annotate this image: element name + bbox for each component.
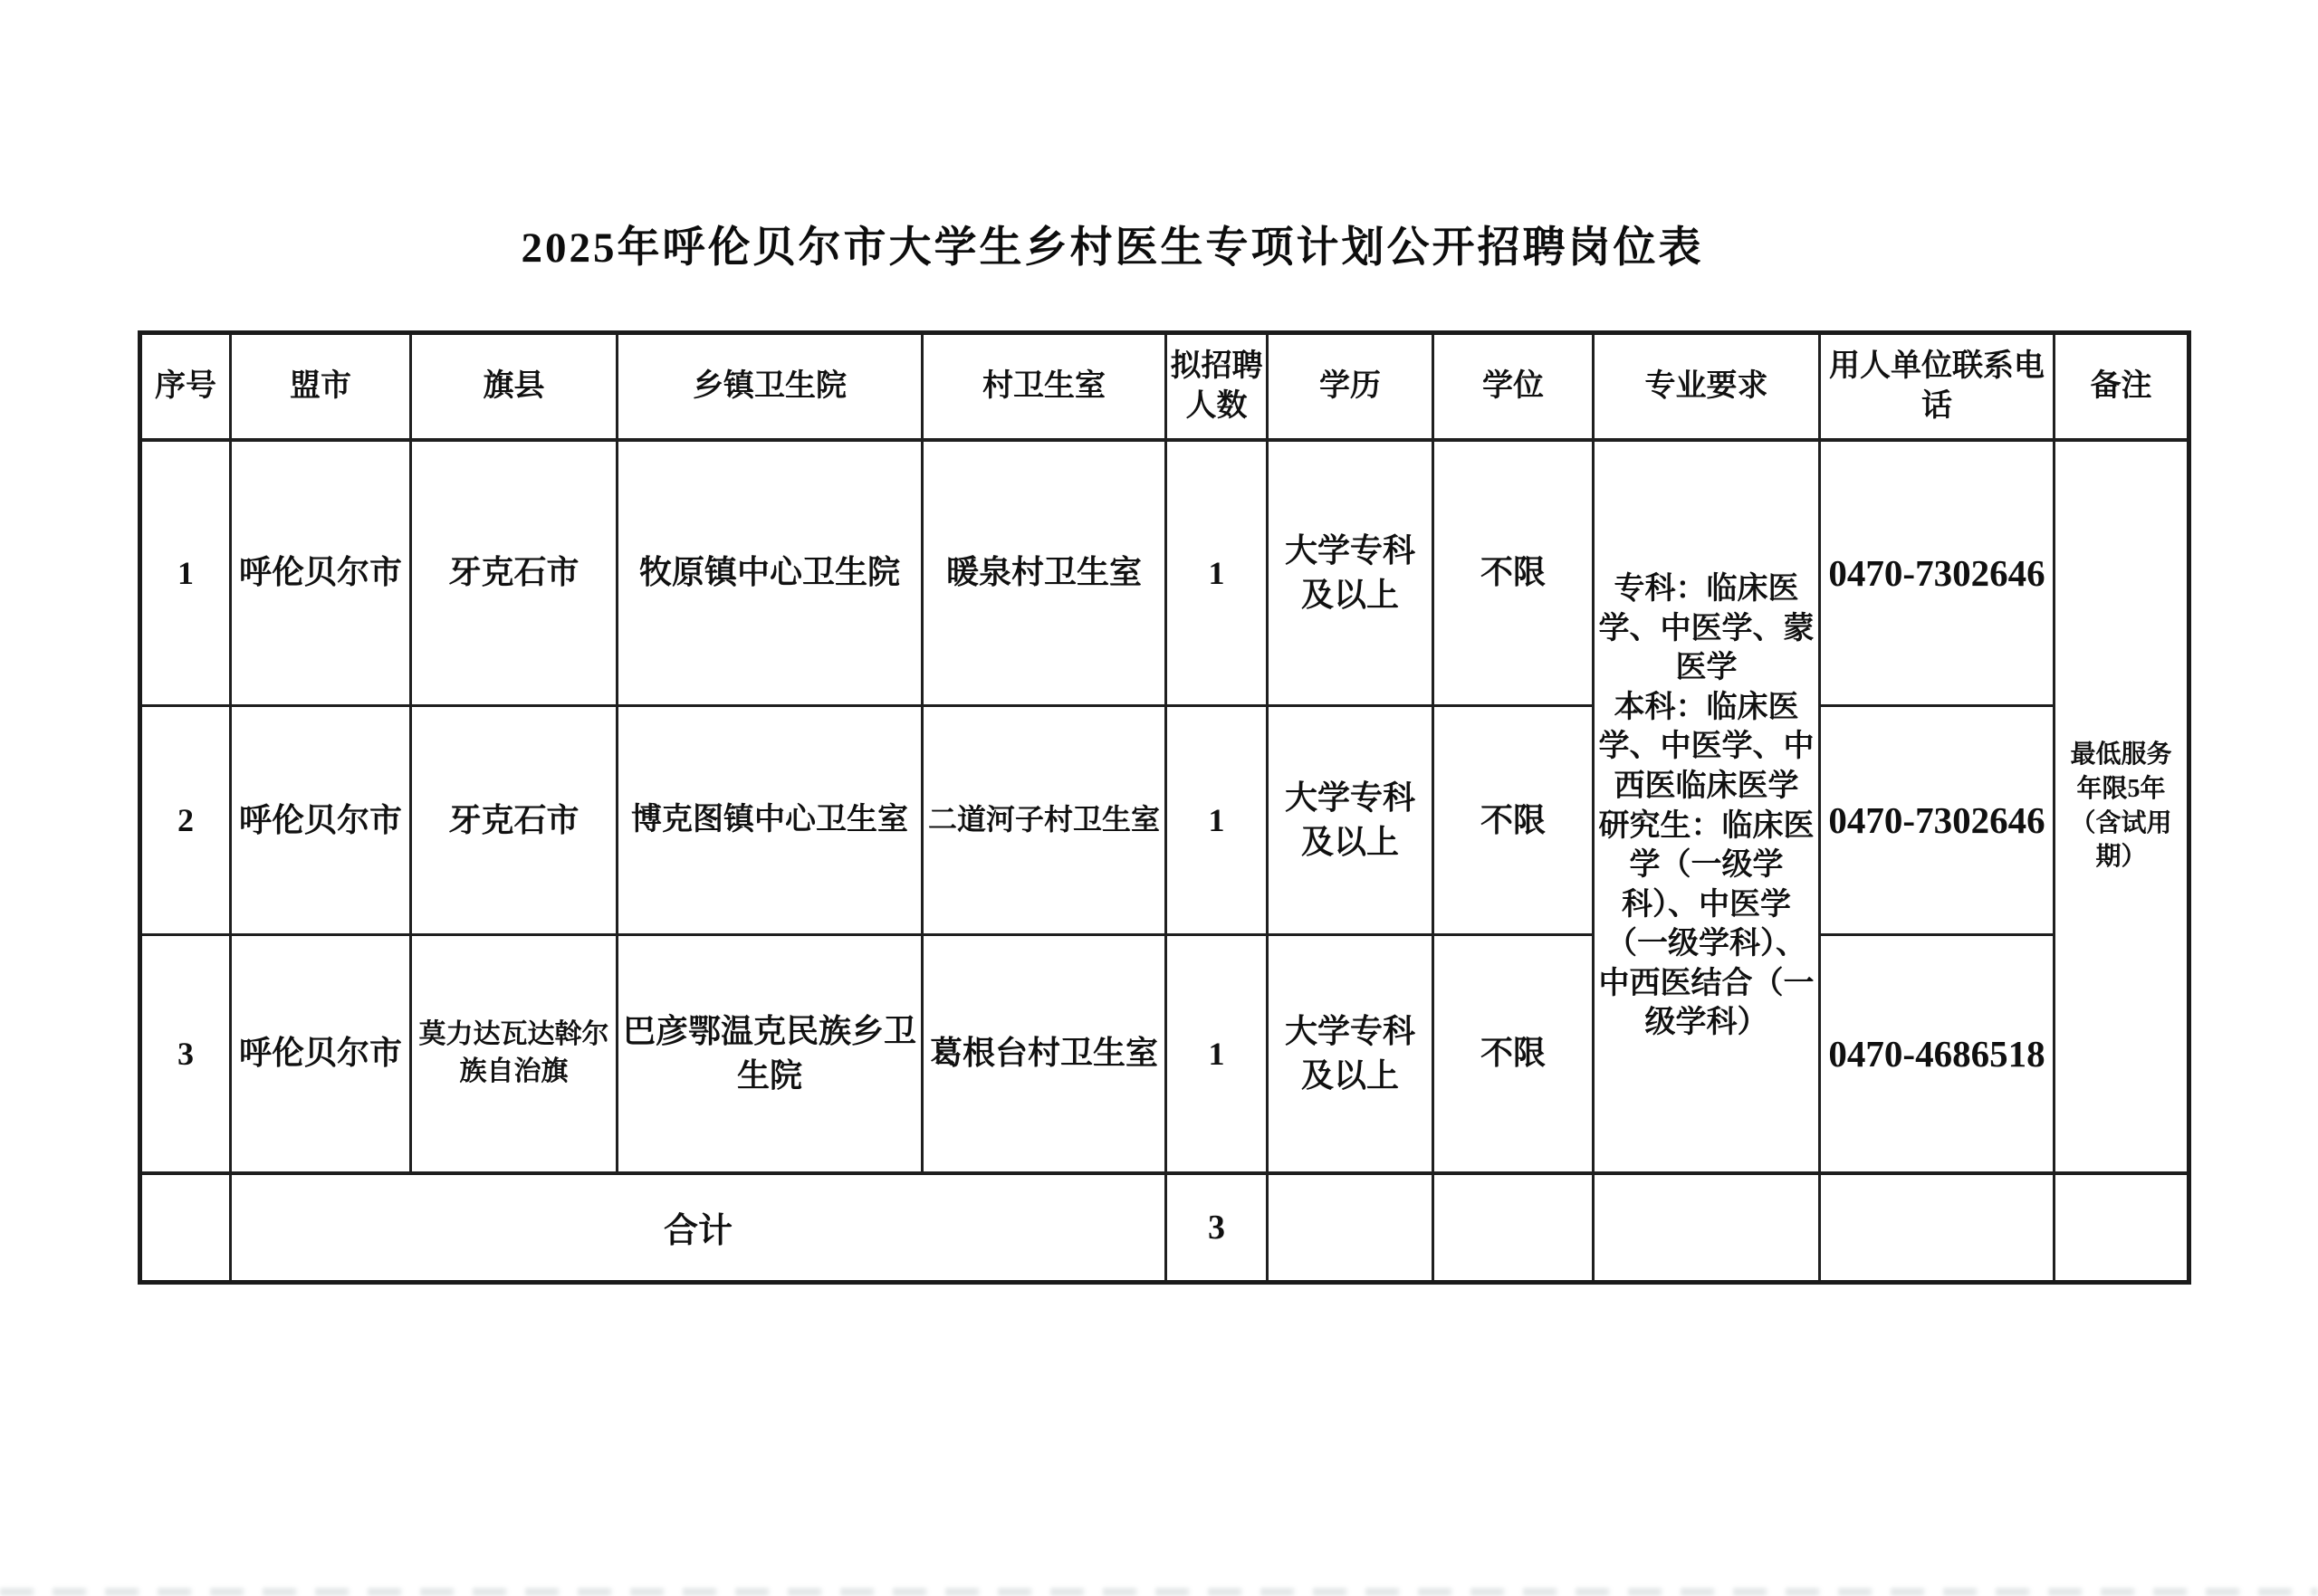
row1-village-clinic: 暖泉村卫生室	[923, 440, 1166, 706]
row2-township-center: 博克图镇中心卫生室	[618, 706, 923, 935]
recruitment-positions-table: 序号 盟市 旗县 乡镇卫生院 村卫生室 拟招聘人数 学历 学位 专业要求 用人单…	[138, 330, 2191, 1285]
row2-phone: 0470-7302646	[1820, 706, 2055, 935]
row3-headcount: 1	[1166, 935, 1268, 1173]
row3-phone: 0470-4686518	[1820, 935, 2055, 1173]
row2-degree: 不限	[1433, 706, 1594, 935]
row1-township-center: 牧原镇中心卫生院	[618, 440, 923, 706]
header-row: 序号 盟市 旗县 乡镇卫生院 村卫生室 拟招聘人数 学历 学位 专业要求 用人单…	[140, 333, 2189, 440]
header-degree: 学位	[1433, 333, 1594, 440]
row1-county: 牙克石市	[411, 440, 618, 706]
row3-seq: 3	[140, 935, 231, 1173]
row3-township-center: 巴彦鄂温克民族乡卫生院	[618, 935, 923, 1173]
total-remarks-empty	[2055, 1173, 2189, 1283]
total-headcount-cell: 3	[1166, 1173, 1268, 1283]
header-phone: 用人单位联系电话	[1820, 333, 2055, 440]
header-remarks: 备注	[2055, 333, 2189, 440]
row3-degree: 不限	[1433, 935, 1594, 1173]
total-education-empty	[1268, 1173, 1433, 1283]
row2-county: 牙克石市	[411, 706, 618, 935]
page-title: 2025年呼伦贝尔市大学生乡村医生专项计划公开招聘岗位表	[88, 214, 2137, 274]
row1-seq: 1	[140, 440, 231, 706]
row3-education: 大学专科及以上	[1268, 935, 1433, 1173]
total-row-seq-empty	[140, 1173, 231, 1283]
header-county: 旗县	[411, 333, 618, 440]
header-headcount: 拟招聘人数	[1166, 333, 1268, 440]
row2-city: 呼伦贝尔市	[231, 706, 411, 935]
row1-phone: 0470-7302646	[1820, 440, 2055, 706]
row1-city: 呼伦贝尔市	[231, 440, 411, 706]
row1-degree: 不限	[1433, 440, 1594, 706]
header-seq: 序号	[140, 333, 231, 440]
major-requirements-merged-cell: 专科：临床医学、中医学、蒙医学 本科：临床医学、中医学、中西医临床医学 研究生：…	[1594, 440, 1820, 1173]
table-row-3: 3 呼伦贝尔市 莫力达瓦达斡尔族自治旗 巴彦鄂温克民族乡卫生院 葛根台村卫生室 …	[140, 935, 2189, 1173]
row1-education: 大学专科及以上	[1268, 440, 1433, 706]
row2-education: 大学专科及以上	[1268, 706, 1433, 935]
scanner-artifact-band	[0, 1588, 2318, 1596]
scanned-document-page: { "page": { "title": "2025年呼伦贝尔市大学生乡村医生专…	[0, 0, 2318, 1596]
total-phone-empty	[1820, 1173, 2055, 1283]
remarks-merged-cell: 最低服务年限5年（含试用期）	[2055, 440, 2189, 1173]
row2-village-clinic: 二道河子村卫生室	[923, 706, 1166, 935]
row3-county: 莫力达瓦达斡尔族自治旗	[411, 935, 618, 1173]
row2-seq: 2	[140, 706, 231, 935]
header-education: 学历	[1268, 333, 1433, 440]
row1-headcount: 1	[1166, 440, 1268, 706]
header-major: 专业要求	[1594, 333, 1820, 440]
total-degree-empty	[1433, 1173, 1594, 1283]
table-row-1: 1 呼伦贝尔市 牙克石市 牧原镇中心卫生院 暖泉村卫生室 1 大学专科及以上 不…	[140, 440, 2189, 706]
header-village-clinic: 村卫生室	[923, 333, 1166, 440]
table-row-2: 2 呼伦贝尔市 牙克石市 博克图镇中心卫生室 二道河子村卫生室 1 大学专科及以…	[140, 706, 2189, 935]
row2-headcount: 1	[1166, 706, 1268, 935]
row3-village-clinic: 葛根台村卫生室	[923, 935, 1166, 1173]
total-major-empty	[1594, 1173, 1820, 1283]
row3-city: 呼伦贝尔市	[231, 935, 411, 1173]
total-row: 合计 3	[140, 1173, 2189, 1283]
header-city: 盟市	[231, 333, 411, 440]
header-township-center: 乡镇卫生院	[618, 333, 923, 440]
total-label-cell: 合计	[231, 1173, 1166, 1283]
